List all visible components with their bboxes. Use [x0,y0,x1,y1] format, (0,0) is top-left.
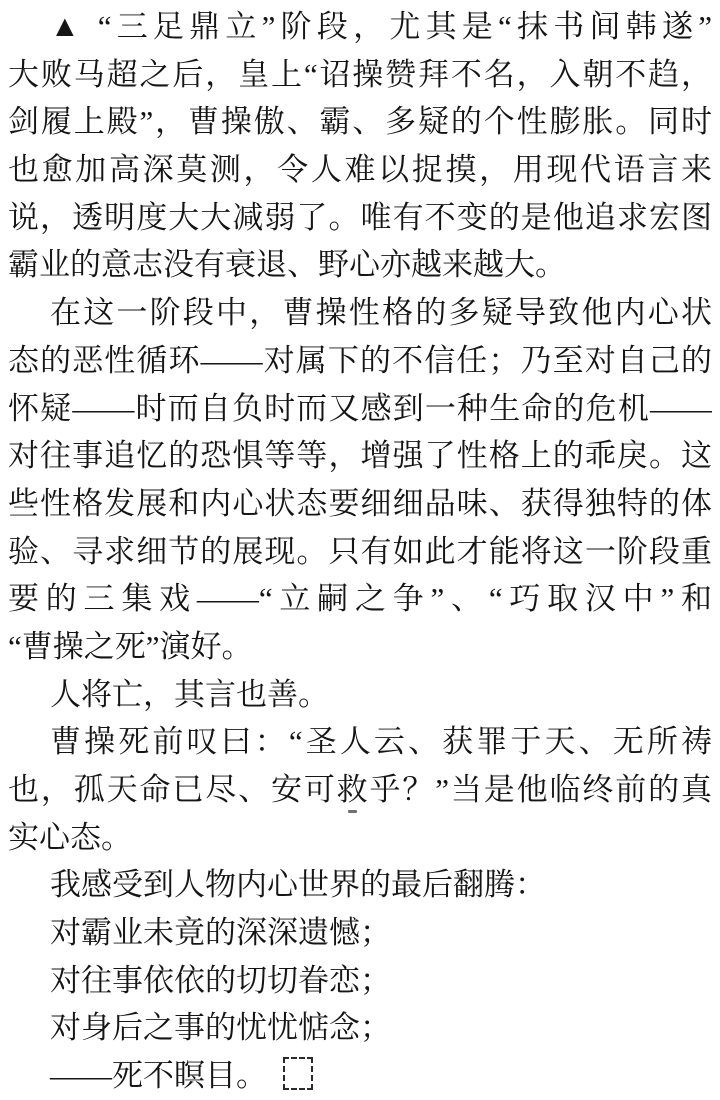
line-text: 也愈加高深莫测，令人难以捉摸，用现代语言来 [8,152,712,187]
text-line: “曹操之死”演好。 [8,623,712,671]
line-text: 在这一阶段中，曹操性格的多疑导致他内心状 [50,295,712,330]
text-line: 也，孤天命已尽、安可救乎？”当是他临终前的真 [8,766,712,814]
scanned-book-page: { "page": { "background": "#ffffff", "in… [0,0,720,1100]
text-line: 对往事追忆的恐惧等等，增强了性格上的乖戾。这 [8,432,712,480]
text-line: 要的三集戏——“立嗣之争”、“巧取汉中”和 [8,575,712,623]
line-text: 剑履上殿”，曹操傲、霸、多疑的个性膨胀。同时 [8,104,712,139]
text-line: 在这一阶段中，曹操性格的多疑导致他内心状 [8,289,712,337]
line-text: 说，透明度大大减弱了。唯有不变的是他追求宏图 [8,200,712,235]
line-text: ——死不瞑目。 [50,1058,267,1093]
triangle-marker-icon: ▲ [50,3,80,51]
line-text: 怀疑——时而自负时而又感到一种生命的危机—— [8,391,712,426]
text-line: 霸业的意志没有衰退、野心亦越来越大。 [8,241,712,289]
line-text: “曹操之死”演好。 [8,629,253,664]
text-line: 大败马超之后，皇上“诏操赞拜不名，入朝不趋， [8,51,712,99]
line-text: 也，孤天命已尽、安可救乎？”当是他临终前的真 [8,772,712,807]
line-text: 些性格发展和内心状态要细细品味、获得独特的体 [8,486,712,521]
end-of-article-box-icon [283,1057,313,1090]
text-line: 怀疑——时而自负时而又感到一种生命的危机—— [8,385,712,433]
line-text: 大败马超之后，皇上“诏操赞拜不名，入朝不趋， [8,57,712,92]
text-line: 实心态。 [8,814,712,862]
line-text: “三足鼎立”阶段，尤其是“抹书间韩遂” [98,9,712,44]
line-text: 霸业的意志没有衰退、野心亦越来越大。 [8,247,566,282]
line-text: 对霸业未竟的深深遗憾； [50,915,391,950]
text-line: 验、寻求细节的展现。只有如此才能将这一阶段重 [8,528,712,576]
text-line: 态的恶性循环——对属下的不信任；乃至对自己的 [8,337,712,385]
scan-artifact [348,810,357,813]
line-text: 曹操死前叹曰：“圣人云、获罪于天、无所祷 [50,724,712,759]
text-line: 我感受到人物内心世界的最后翻腾： [8,861,712,909]
text-line: 说，透明度大大减弱了。唯有不变的是他追求宏图 [8,194,712,242]
line-text: 对身后之事的忧忧惦念； [50,1010,391,1045]
text-line: 也愈加高深莫测，令人难以捉摸，用现代语言来 [8,146,712,194]
line-text: 对往事依依的切切眷恋； [50,963,391,998]
line-text: 人将亡，其言也善。 [50,677,329,712]
text-line: 人将亡，其言也善。 [8,671,712,719]
line-text: 要的三集戏——“立嗣之争”、“巧取汉中”和 [8,581,712,616]
text-line: 对往事依依的切切眷恋； [8,957,712,1005]
line-text: 对往事追忆的恐惧等等，增强了性格上的乖戾。这 [8,438,712,473]
text-line: 剑履上殿”，曹操傲、霸、多疑的个性膨胀。同时 [8,98,712,146]
text-line: ——死不瞑目。 [8,1052,712,1100]
text-line: ▲“三足鼎立”阶段，尤其是“抹书间韩遂” [8,3,712,51]
page: ▲“三足鼎立”阶段，尤其是“抹书间韩遂” 大败马超之后，皇上“诏操赞拜不名，入朝… [0,0,720,1100]
text-line: 对霸业未竟的深深遗憾； [8,909,712,957]
line-text: 我感受到人物内心世界的最后翻腾： [50,867,546,902]
line-text: 态的恶性循环——对属下的不信任；乃至对自己的 [8,343,712,378]
line-text: 验、寻求细节的展现。只有如此才能将这一阶段重 [8,534,712,569]
line-text: 实心态。 [8,820,132,855]
text-line: 对身后之事的忧忧惦念； [8,1004,712,1052]
text-line: 些性格发展和内心状态要细细品味、获得独特的体 [8,480,712,528]
text-line: 曹操死前叹曰：“圣人云、获罪于天、无所祷 [8,718,712,766]
